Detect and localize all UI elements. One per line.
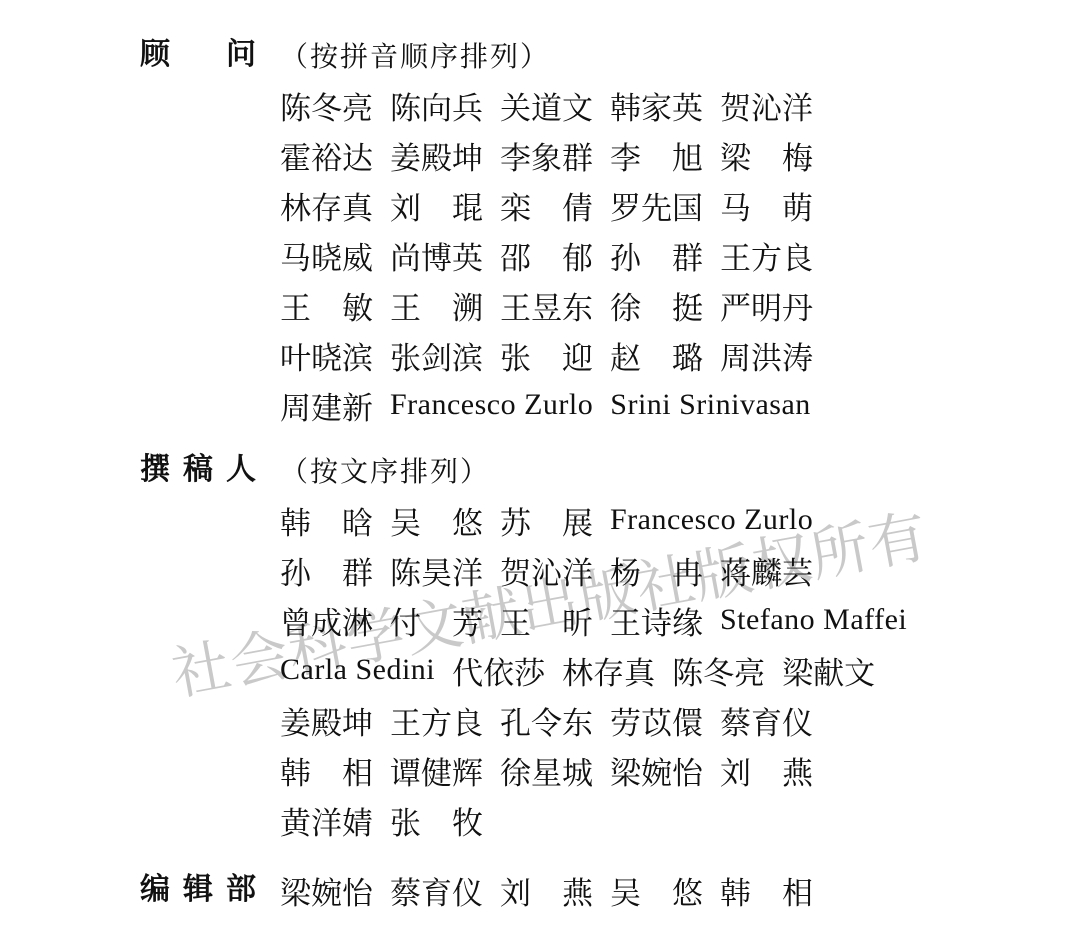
person-name: 马 萌	[720, 183, 813, 228]
advisors-rows: 陈冬亮陈向兵关道文韩家英贺沁洋霍裕达姜殿坤李象群李 旭梁 梅林存真刘 琨栾 倩罗…	[280, 80, 1080, 430]
person-name: 吴 悠	[390, 498, 483, 543]
person-name: 刘 琨	[390, 183, 483, 228]
person-name: 孙 群	[610, 233, 703, 278]
name-row: 周建新Francesco ZurloSrini Srinivasan	[280, 380, 1080, 430]
advisors-list: （按拼音顺序排列） 陈冬亮陈向兵关道文韩家英贺沁洋霍裕达姜殿坤李象群李 旭梁 梅…	[280, 30, 1080, 430]
section-editorial-dept: 编辑部 梁婉怡蔡育仪刘 燕吴 悠韩 相	[140, 865, 1080, 915]
name-row: 姜殿坤王方良孔令东劳苡儇蔡育仪	[280, 695, 1080, 745]
name-row: 林存真刘 琨栾 倩罗先国马 萌	[280, 180, 1080, 230]
section-label-char: 辑	[183, 865, 213, 915]
person-name: 王 敏	[280, 283, 373, 328]
person-name: 梁婉怡	[280, 868, 373, 913]
person-name: 梁婉怡	[610, 748, 703, 793]
person-name: 马晓威	[280, 233, 373, 278]
section-label-advisors: 顾问	[140, 30, 256, 80]
person-name: 梁 梅	[720, 133, 813, 178]
person-name: Srini Srinivasan	[610, 388, 811, 422]
contributors-list: （按文序排列） 韩 晗吴 悠苏 展Francesco Zurlo孙 群陈昊洋贺沁…	[280, 445, 1080, 845]
section-label-char: 稿	[183, 445, 213, 495]
name-row: 韩 晗吴 悠苏 展Francesco Zurlo	[280, 495, 1080, 545]
person-name: 霍裕达	[280, 133, 373, 178]
section-label-char: 人	[226, 445, 256, 495]
person-name: 叶晓滨	[280, 333, 373, 378]
person-name: 李象群	[500, 133, 593, 178]
person-name: 陈冬亮	[280, 83, 373, 128]
person-name: 严明丹	[720, 283, 813, 328]
credits-content: 顾问 （按拼音顺序排列） 陈冬亮陈向兵关道文韩家英贺沁洋霍裕达姜殿坤李象群李 旭…	[0, 0, 1080, 915]
person-name: 周建新	[280, 383, 373, 428]
person-name: 付 芳	[390, 598, 483, 643]
person-name: 邵 郁	[500, 233, 593, 278]
person-name: 王昱东	[500, 283, 593, 328]
editorial-dept-rows: 梁婉怡蔡育仪刘 燕吴 悠韩 相	[280, 865, 1080, 915]
name-row: 王 敏王 溯王昱东徐 挺严明丹	[280, 280, 1080, 330]
person-name: 姜殿坤	[280, 698, 373, 743]
credits-page: 社会科学文献出版社版权所有 顾问 （按拼音顺序排列） 陈冬亮陈向兵关道文韩家英贺…	[0, 0, 1080, 934]
person-name: 张 牧	[390, 798, 483, 843]
person-name: 赵 璐	[610, 333, 703, 378]
person-name: 张剑滨	[390, 333, 483, 378]
person-name: 林存真	[562, 648, 655, 693]
advisors-sort-note: （按拼音顺序排列）	[280, 30, 1080, 80]
section-label-char: 部	[226, 865, 256, 915]
contributors-sort-note: （按文序排列）	[280, 445, 1080, 495]
section-label-char: 问	[226, 30, 256, 80]
name-row: 陈冬亮陈向兵关道文韩家英贺沁洋	[280, 80, 1080, 130]
person-name: 代依莎	[452, 648, 545, 693]
person-name: 贺沁洋	[720, 83, 813, 128]
person-name: 孔令东	[500, 698, 593, 743]
person-name: 黄洋婧	[280, 798, 373, 843]
person-name: Francesco Zurlo	[390, 388, 593, 422]
person-name: 杨 冉	[610, 548, 703, 593]
section-contributors: 撰稿人 （按文序排列） 韩 晗吴 悠苏 展Francesco Zurlo孙 群陈…	[140, 445, 1080, 845]
person-name: 徐星城	[500, 748, 593, 793]
person-name: 李 旭	[610, 133, 703, 178]
name-row: 梁婉怡蔡育仪刘 燕吴 悠韩 相	[280, 865, 1080, 915]
name-row: 曾成淋付 芳王 昕王诗缘Stefano Maffei	[280, 595, 1080, 645]
person-name: 曾成淋	[280, 598, 373, 643]
person-name: 姜殿坤	[390, 133, 483, 178]
person-name: Francesco Zurlo	[610, 503, 813, 537]
contributors-rows: 韩 晗吴 悠苏 展Francesco Zurlo孙 群陈昊洋贺沁洋杨 冉蒋麟芸曾…	[280, 495, 1080, 845]
name-row: 叶晓滨张剑滨张 迎赵 璐周洪涛	[280, 330, 1080, 380]
person-name: 关道文	[500, 83, 593, 128]
person-name: 梁献文	[782, 648, 875, 693]
person-name: 林存真	[280, 183, 373, 228]
section-label-char: 编	[140, 865, 170, 915]
person-name: 韩 晗	[280, 498, 373, 543]
person-name: 蔡育仪	[720, 698, 813, 743]
person-name: 韩 相	[280, 748, 373, 793]
person-name: 刘 燕	[500, 868, 593, 913]
person-name: 王方良	[390, 698, 483, 743]
section-advisors: 顾问 （按拼音顺序排列） 陈冬亮陈向兵关道文韩家英贺沁洋霍裕达姜殿坤李象群李 旭…	[140, 30, 1080, 430]
person-name: 陈向兵	[390, 83, 483, 128]
person-name: 韩家英	[610, 83, 703, 128]
person-name: 陈冬亮	[672, 648, 765, 693]
name-row: 霍裕达姜殿坤李象群李 旭梁 梅	[280, 130, 1080, 180]
name-row: Carla Sedini代依莎林存真陈冬亮梁献文	[280, 645, 1080, 695]
section-label-editorial-dept: 编辑部	[140, 865, 256, 915]
person-name: 罗先国	[610, 183, 703, 228]
person-name: 蒋麟芸	[720, 548, 813, 593]
editorial-dept-list: 梁婉怡蔡育仪刘 燕吴 悠韩 相	[280, 865, 1080, 915]
person-name: 孙 群	[280, 548, 373, 593]
person-name: 陈昊洋	[390, 548, 483, 593]
name-row: 马晓威尚博英邵 郁孙 群王方良	[280, 230, 1080, 280]
person-name: 尚博英	[390, 233, 483, 278]
name-row: 韩 相谭健辉徐星城梁婉怡刘 燕	[280, 745, 1080, 795]
section-label-char: 顾	[140, 30, 170, 80]
person-name: 蔡育仪	[390, 868, 483, 913]
person-name: Carla Sedini	[280, 653, 435, 687]
person-name: 王 溯	[390, 283, 483, 328]
person-name: 张 迎	[500, 333, 593, 378]
person-name: 周洪涛	[720, 333, 813, 378]
person-name: 王诗缘	[610, 598, 703, 643]
person-name: 栾 倩	[500, 183, 593, 228]
name-row: 孙 群陈昊洋贺沁洋杨 冉蒋麟芸	[280, 545, 1080, 595]
person-name: 王方良	[720, 233, 813, 278]
person-name: 刘 燕	[720, 748, 813, 793]
person-name: 吴 悠	[610, 868, 703, 913]
person-name: 谭健辉	[390, 748, 483, 793]
person-name: 徐 挺	[610, 283, 703, 328]
person-name: 王 昕	[500, 598, 593, 643]
section-label-contributors: 撰稿人	[140, 445, 256, 495]
section-label-char: 撰	[140, 445, 170, 495]
person-name: 韩 相	[720, 868, 813, 913]
name-row: 黄洋婧张 牧	[280, 795, 1080, 845]
person-name: Stefano Maffei	[720, 603, 907, 637]
person-name: 苏 展	[500, 498, 593, 543]
person-name: 贺沁洋	[500, 548, 593, 593]
person-name: 劳苡儇	[610, 698, 703, 743]
